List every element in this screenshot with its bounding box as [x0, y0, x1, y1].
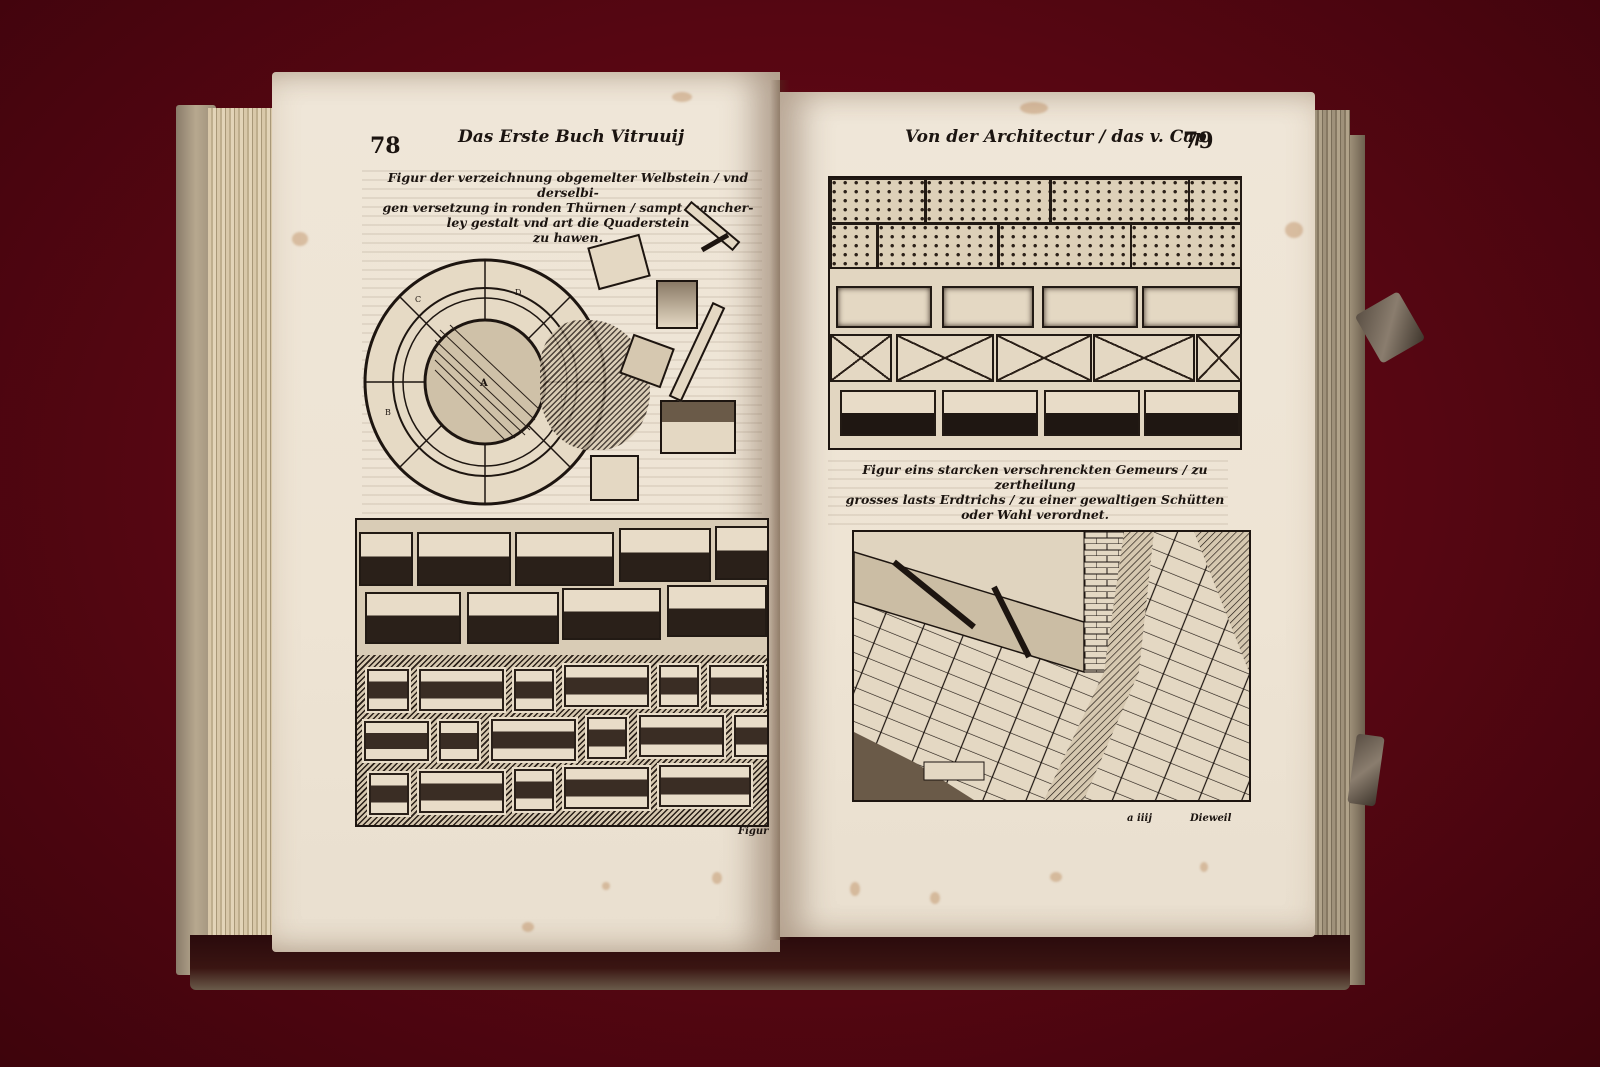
foxing-spot — [930, 892, 940, 904]
svg-text:C: C — [415, 295, 421, 304]
rusticated-wall-figure — [355, 518, 769, 827]
foxing-spot — [602, 882, 610, 890]
foxing-spot — [1285, 222, 1303, 238]
signature-mark: a iiij — [1127, 813, 1152, 824]
caption-line: Figur der verzeichnung obgemelter Welbst… — [378, 170, 758, 200]
caption-right: Figur eins starcken verschrenckten Gemeu… — [835, 462, 1235, 522]
page-number-left: 78 — [370, 133, 401, 159]
catchword-left: Figur — [738, 826, 768, 837]
page-number-right: 79 — [1183, 128, 1214, 154]
retaining-wall-figure — [852, 530, 1251, 802]
running-head-left: Das Erste Buch Vitruuij — [458, 127, 684, 147]
clasp-top — [1355, 291, 1426, 364]
foxing-spot — [850, 882, 860, 896]
svg-text:B: B — [385, 408, 391, 417]
running-head-right: Von der Architectur / das v. Cap. — [905, 127, 1212, 147]
catchword-right: Dieweil — [1190, 813, 1231, 824]
stone-block — [660, 400, 736, 454]
caption-left: Figur der verzeichnung obgemelter Welbst… — [378, 170, 758, 245]
foxing-spot — [1020, 102, 1048, 114]
hatched-mortar — [357, 655, 767, 825]
svg-text:A: A — [479, 378, 488, 389]
stone-block — [590, 455, 639, 501]
caption-line: grosses lasts Erdtrichs / zu einer gewal… — [835, 492, 1235, 507]
foxing-spot — [1200, 862, 1208, 872]
foxing-spot — [1050, 872, 1062, 882]
caption-line: oder Wahl verordnet. — [835, 507, 1235, 522]
caption-line: Figur eins starcken verschrenckten Gemeu… — [835, 462, 1235, 492]
svg-text:D: D — [515, 288, 521, 297]
foxing-spot — [522, 922, 534, 932]
caption-line: zu hawen. — [378, 230, 758, 245]
stone-block — [656, 280, 698, 329]
book-left-page-edges — [208, 108, 280, 958]
foxing-spot — [292, 232, 308, 246]
foxing-spot — [712, 872, 722, 884]
wall-courses-figure — [828, 176, 1242, 450]
foxing-spot — [672, 92, 692, 102]
